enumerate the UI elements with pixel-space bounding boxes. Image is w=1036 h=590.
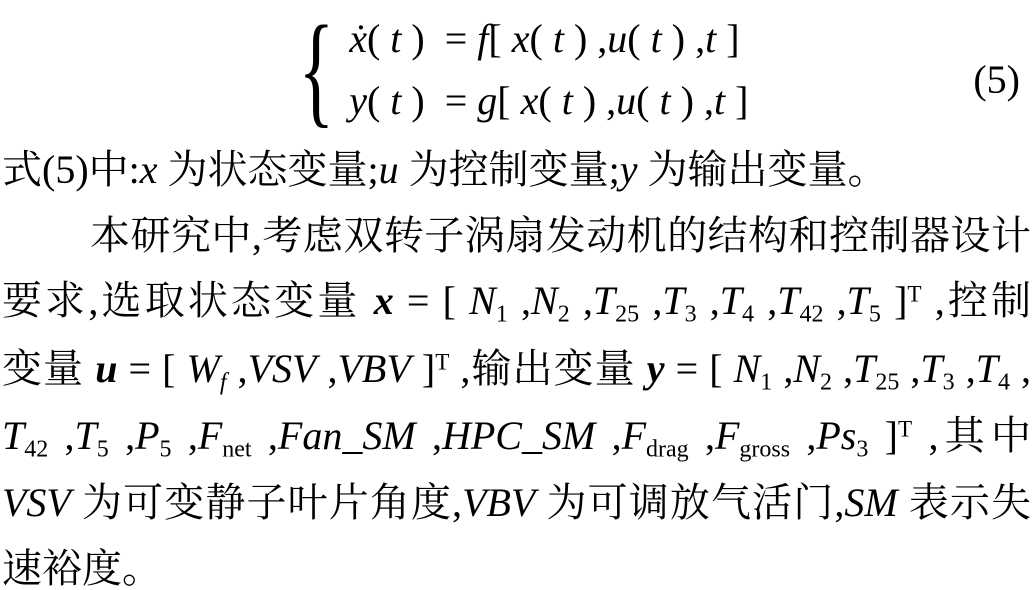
- text-segment: u: [616, 78, 636, 123]
- text-segment: 1: [760, 370, 772, 396]
- text-segment: 42: [24, 437, 48, 463]
- paragraph-line-research-intro: 本研究中,考虑双转子涡扇发动机的结构和控制器设计: [2, 209, 1031, 263]
- text-segment: ,: [1010, 346, 1031, 391]
- text-segment: Fan_SM: [278, 413, 416, 458]
- text-segment: 4: [742, 302, 754, 328]
- paragraph-line-control-output-vector: 变量 u = [ Wf ,VSV ,VBV ]T ,输出变量 y = [ N1 …: [2, 342, 1031, 396]
- text-segment: ) ,: [564, 16, 607, 61]
- text-segment: ,: [508, 278, 531, 323]
- text-segment: T: [976, 346, 998, 391]
- text-segment: 1: [496, 302, 508, 328]
- equation-rows: ẋ( t ) = f[ x( t ) ,u( t ) ,t ] y( t ) =…: [349, 16, 748, 124]
- equation-block: { ẋ( t ) = f[ x( t ) ,u( t ) ,t ] y( t )…: [0, 10, 1036, 140]
- text-segment: f: [220, 370, 227, 396]
- text-segment: F: [198, 413, 222, 458]
- page: { ẋ( t ) = f[ x( t ) ,u( t ) ,t ] y( t )…: [0, 0, 1036, 590]
- text-segment: ) =: [401, 78, 477, 123]
- text-segment: 变量: [2, 346, 95, 391]
- equation-line-2: y( t ) = g[ x( t ) ,u( t ) ,t ]: [349, 78, 748, 124]
- text-segment: = [: [665, 346, 734, 391]
- text-segment: T: [853, 346, 875, 391]
- text-segment: T: [898, 416, 912, 442]
- text-segment: = [: [117, 346, 186, 391]
- text-segment: ,: [823, 278, 846, 323]
- text-segment: ,: [316, 346, 337, 391]
- text-segment: 式(5)中:: [2, 147, 140, 192]
- text-segment: 为可变静子叶片角度,: [71, 480, 462, 525]
- text-segment: 为控制变量;: [399, 147, 620, 192]
- text-segment: x: [374, 278, 394, 323]
- text-segment: T: [75, 413, 97, 458]
- text-segment: N: [734, 346, 761, 391]
- text-segment: N: [531, 278, 558, 323]
- text-segment: 2: [820, 370, 832, 396]
- text-segment: t: [390, 78, 401, 123]
- text-segment: 2: [558, 302, 570, 328]
- text-segment: 3: [685, 302, 697, 328]
- text-segment: t: [660, 78, 671, 123]
- text-segment: ,: [689, 413, 715, 458]
- text-segment: ,输出变量: [449, 346, 646, 391]
- text-segment: ) ,: [662, 16, 705, 61]
- text-segment: drag: [646, 437, 689, 463]
- text-segment: ,: [172, 413, 198, 458]
- text-segment: ,: [252, 413, 278, 458]
- text-segment: F: [622, 413, 646, 458]
- text-segment: (: [538, 78, 561, 123]
- text-segment: (: [367, 78, 390, 123]
- text-segment: ,: [832, 346, 853, 391]
- text-segment: ,: [754, 278, 777, 323]
- text-segment: ,: [48, 413, 74, 458]
- text-segment: (: [530, 16, 553, 61]
- paragraph-line-state-vector: 要求,选取状态变量 x = [ N1 ,N2 ,T25 ,T3 ,T4 ,T42…: [2, 274, 1031, 328]
- text-segment: 表示失: [898, 480, 1031, 525]
- text-segment: T: [847, 278, 869, 323]
- text-segment: VBV: [338, 346, 411, 391]
- text-segment: ,: [899, 346, 920, 391]
- equation-number: (5): [973, 56, 1020, 103]
- text-segment: y: [647, 346, 665, 391]
- text-segment: u: [607, 16, 627, 61]
- text-segment: 5: [97, 437, 109, 463]
- text-segment: 3: [856, 437, 868, 463]
- text-segment: T: [907, 281, 921, 307]
- text-segment: ,: [697, 278, 720, 323]
- text-segment: ,: [570, 278, 593, 323]
- text-segment: 25: [615, 302, 639, 328]
- text-segment: t: [562, 78, 573, 123]
- text-segment: VSV: [248, 346, 317, 391]
- text-segment: 要求,选取状态变量: [2, 278, 374, 323]
- text-segment: 本研究中,考虑双转子涡扇发动机的结构和控制器设计: [90, 213, 1031, 258]
- text-segment: N: [469, 278, 496, 323]
- text-segment: 为输出变量。: [638, 147, 888, 192]
- text-segment: f: [477, 16, 488, 61]
- text-segment: x: [521, 78, 539, 123]
- text-segment: VSV: [2, 480, 71, 525]
- paragraph-line-output-vector-continued: T42 ,T5 ,P5 ,Fnet ,Fan_SM ,HPC_SM ,Fdrag…: [2, 409, 1031, 463]
- text-segment: x: [512, 16, 530, 61]
- text-segment: (: [627, 16, 650, 61]
- left-brace: {: [299, 8, 335, 133]
- paragraph-line-eq-explanation: 式(5)中:x 为状态变量;u 为控制变量;y 为输出变量。: [2, 143, 1031, 197]
- text-segment: ]: [411, 346, 435, 391]
- text-segment: t: [705, 16, 716, 61]
- text-segment: SM: [844, 480, 897, 525]
- text-segment: ,: [227, 346, 248, 391]
- text-segment: F: [715, 413, 739, 458]
- text-segment: [: [497, 78, 520, 123]
- text-segment: P: [135, 413, 159, 458]
- text-segment: 速裕度。: [2, 546, 162, 590]
- text-segment: 5: [160, 437, 172, 463]
- text-segment: Ps: [816, 413, 856, 458]
- text-segment: ,: [416, 413, 442, 458]
- text-segment: ]: [716, 16, 739, 61]
- text-segment: t: [714, 78, 725, 123]
- text-segment: x: [140, 147, 158, 192]
- text-segment: (: [367, 16, 390, 61]
- text-segment: 5: [869, 302, 881, 328]
- text-segment: t: [651, 16, 662, 61]
- text-segment: 42: [799, 302, 823, 328]
- text-segment: ) ,: [573, 78, 616, 123]
- text-segment: (: [636, 78, 659, 123]
- text-segment: t: [390, 16, 401, 61]
- text-segment: 为状态变量;: [158, 147, 379, 192]
- text-segment: y: [620, 147, 638, 192]
- text-segment: W: [187, 346, 220, 391]
- equation-line-1: ẋ( t ) = f[ x( t ) ,u( t ) ,t ]: [349, 16, 748, 62]
- text-segment: 为可调放气活门,: [535, 480, 844, 525]
- text-segment: gross: [739, 437, 790, 463]
- paragraph-line-abbreviation-definitions: VSV 为可变静子叶片角度,VBV 为可调放气活门,SM 表示失: [2, 476, 1031, 530]
- text-segment: ,: [109, 413, 135, 458]
- text-segment: 3: [943, 370, 955, 396]
- text-segment: ]: [725, 78, 748, 123]
- text-segment: ,: [772, 346, 793, 391]
- text-segment: ]: [881, 278, 908, 323]
- text-segment: ẋ: [349, 16, 367, 61]
- text-segment: T: [2, 413, 24, 458]
- text-segment: VBV: [462, 480, 535, 525]
- text-segment: T: [593, 278, 615, 323]
- text-segment: ]: [868, 413, 898, 458]
- text-segment: 25: [875, 370, 899, 396]
- text-segment: g: [477, 78, 497, 123]
- text-segment: net: [222, 437, 251, 463]
- text-segment: ,控制: [922, 278, 1032, 323]
- text-segment: N: [793, 346, 820, 391]
- text-segment: ,: [790, 413, 816, 458]
- text-segment: ) ,: [671, 78, 714, 123]
- text-segment: T: [777, 278, 799, 323]
- text-segment: u: [95, 346, 117, 391]
- text-segment: T: [662, 278, 684, 323]
- paragraph-line-last: 速裕度。: [2, 542, 1031, 590]
- text-segment: T: [435, 349, 449, 375]
- equation-body: { ẋ( t ) = f[ x( t ) ,u( t ) ,t ] y( t )…: [288, 10, 749, 130]
- text-segment: 4: [998, 370, 1010, 396]
- text-segment: [: [488, 16, 511, 61]
- text-segment: ,: [639, 278, 662, 323]
- text-segment: T: [920, 346, 942, 391]
- text-segment: ) =: [401, 16, 477, 61]
- text-segment: T: [720, 278, 742, 323]
- text-segment: ,: [595, 413, 621, 458]
- text-segment: = [: [394, 278, 469, 323]
- text-segment: y: [349, 78, 367, 123]
- text-segment: u: [379, 147, 399, 192]
- text-segment: ,其中: [912, 413, 1031, 458]
- text-segment: HPC_SM: [442, 413, 595, 458]
- text-segment: ,: [955, 346, 976, 391]
- text-segment: t: [553, 16, 564, 61]
